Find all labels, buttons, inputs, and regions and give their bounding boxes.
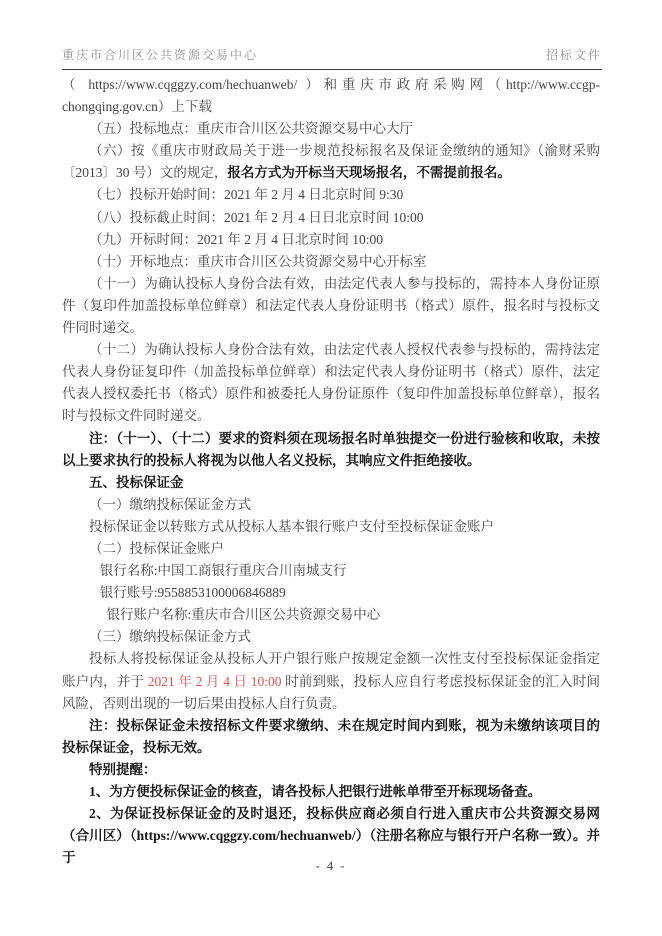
note-deposit-invalid: 注：投标保证金未按招标文件要求缴纳、未在规定时间内到账，视为未缴纳该项目的投标保… (62, 715, 600, 759)
item-10-bid-opening-place: （十）开标地点：重庆市合川区公共资源交易中心开标室 (62, 251, 600, 273)
text-run: （一）缴纳投标保证金方式 (89, 497, 251, 512)
item-7-bid-start-time: （七）投标开始时间：2021 年 2 月 4 日北京时间 9:30 (62, 184, 600, 206)
item-9-bid-opening-time: （九）开标时间：2021 年 2 月 4 日北京时间 10:00 (62, 229, 600, 251)
bank-account-name: 银行账户名称:重庆市合川区公共资源交易中心 (62, 604, 600, 626)
item-11-legal-representative: （十一）为确认投标人身份合法有效，由法定代表人参与投标的，需持本人身份证原件（复… (62, 273, 600, 339)
bold-text-run: 注：（十一）、（十二）要求的资料须在现场报名时单独提交一份进行验核和收取，未按以… (62, 431, 600, 468)
deposit-account-heading-2: （二）投标保证金账户 (62, 538, 600, 560)
item-12-authorized-representative: （十二）为确认投标人身份合法有效，由法定代表人授权代表参与投标的，需持法定代表人… (62, 339, 600, 427)
deposit-method-heading-3: （三）缴纳投标保证金方式 (62, 626, 600, 648)
page-number: - 4 - (0, 859, 662, 874)
page-header: 重庆市合川区公共资源交易中心 招标文件 (62, 46, 602, 70)
text-run: 银行名称:中国工商银行重庆合川南城支行 (100, 563, 347, 578)
text-run: （十二）为确认投标人身份合法有效，由法定代表人授权代表参与投标的，需持法定代表人… (62, 342, 600, 423)
text-run: 投标保证金以转账方式从投标人基本银行账户支付至投标保证金账户 (89, 519, 494, 534)
note-identity-materials: 注：（十一）、（十二）要求的资料须在现场报名时单独提交一份进行验核和收取，未按以… (62, 428, 600, 472)
download-urls-continuation: （ https://www.cqggzy.com/hechuanweb/ ）和重… (62, 74, 600, 118)
bold-text-run: 2、为保证投标保证金的及时退还，投标供应商必须自行进入重庆市公共资源交易网（合川… (62, 806, 600, 865)
bold-text-run: 五、投标保证金 (89, 475, 184, 490)
deposit-payment-deadline: 投标人将投标保证金从投标人开户银行账户按规定金额一次性支付至投标保证金指定账户内… (62, 648, 600, 714)
text-run: （十一）为确认投标人身份合法有效，由法定代表人参与投标的，需持本人身份证原件（复… (62, 276, 600, 335)
bank-account-number: 银行账号:9558853100006846889 (62, 582, 600, 604)
text-run: （五）投标地点：重庆市合川区公共资源交易中心大厅 (89, 121, 413, 136)
text-run: 银行账号:9558853100006846889 (100, 585, 286, 600)
special-reminder-heading: 特别提醒： (62, 759, 600, 781)
bold-text-run: 注：投标保证金未按招标文件要求缴纳、未在规定时间内到账，视为未缴纳该项目的投标保… (62, 718, 600, 755)
text-run: （十）开标地点：重庆市合川区公共资源交易中心开标室 (89, 254, 427, 269)
text-run: （九）开标时间：2021 年 2 月 4 日北京时间 10:00 (89, 232, 383, 247)
text-run: （三）缴纳投标保证金方式 (89, 629, 251, 644)
item-6-registration-rule: （六）按《重庆市财政局关于进一步规范投标报名及保证金缴纳的通知》（渝财采购〔20… (62, 140, 600, 184)
text-run: （ https://www.cqggzy.com/hechuanweb/ ）和重… (62, 77, 600, 114)
text-run: （八）投标截止时间：2021 年 2 月 4 日日北京时间 10:00 (89, 210, 424, 225)
deposit-method-heading-1: （一）缴纳投标保证金方式 (62, 494, 600, 516)
header-right-doc-type: 招标文件 (546, 46, 602, 63)
item-8-bid-deadline: （八）投标截止时间：2021 年 2 月 4 日日北京时间 10:00 (62, 207, 600, 229)
reminder-1-bank-slip: 1、为方便投标保证金的核查，请各投标人把银行进帐单带至开标现场备查。 (62, 781, 600, 803)
header-left-org-name: 重庆市合川区公共资源交易中心 (62, 46, 258, 63)
bold-text-run: 1、为方便投标保证金的核查，请各投标人把银行进帐单带至开标现场备查。 (89, 784, 541, 799)
text-run: （二）投标保证金账户 (89, 541, 224, 556)
section-5-heading-bid-deposit: 五、投标保证金 (62, 472, 600, 494)
document-body: （ https://www.cqggzy.com/hechuanweb/ ）和重… (62, 74, 600, 869)
bold-text-run: 报名方式为开标当天现场报名，不需提前报名。 (227, 165, 511, 180)
item-5-bid-location: （五）投标地点：重庆市合川区公共资源交易中心大厅 (62, 118, 600, 140)
text-run: （七）投标开始时间：2021 年 2 月 4 日北京时间 9:30 (89, 187, 403, 202)
text-run: 银行账户名称:重庆市合川区公共资源交易中心 (107, 607, 381, 622)
document-page: 重庆市合川区公共资源交易中心 招标文件 （ https://www.cqggzy… (0, 0, 662, 936)
deadline-red-text: 2021 年 2 月 4 日 10:00 (148, 674, 282, 689)
deposit-transfer-rule: 投标保证金以转账方式从投标人基本银行账户支付至投标保证金账户 (62, 516, 600, 538)
bold-text-run: 特别提醒： (89, 762, 157, 777)
bank-name: 银行名称:中国工商银行重庆合川南城支行 (62, 560, 600, 582)
